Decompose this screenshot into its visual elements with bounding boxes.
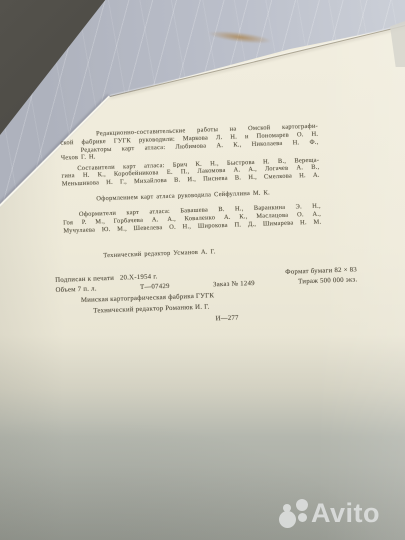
- colophon-paragraph: Оформители карт атласа: Бавашева В. Н., …: [63, 203, 322, 235]
- colophon-paragraph: Оформлением карт атласа руководила Сейфу…: [62, 187, 320, 204]
- text-line: Технический редактор Усманов А. Г.: [64, 245, 322, 262]
- imprint-cell: Тираж 500 000 экз.: [298, 276, 358, 288]
- colophon-paragraph: Технический редактор Усманов А. Г.: [64, 245, 322, 262]
- avito-logo-dot: [279, 511, 296, 528]
- avito-watermark: Avito: [277, 496, 397, 534]
- text-line: Оформлением карт атласа руководила Сейфу…: [62, 187, 320, 204]
- avito-logo-dot: [298, 513, 307, 522]
- avito-logo-dot: [296, 499, 308, 511]
- colophon-text-block: Редакционно-составительские работы на Ом…: [50, 121, 369, 330]
- photo-of-book-page: Редакционно-составительские работы на Ом…: [0, 0, 405, 540]
- imprint-cell: Заказ № 1249: [213, 279, 255, 291]
- avito-wordmark: Avito: [311, 498, 380, 529]
- imprint-cell: Т—07429: [140, 282, 170, 293]
- imprint-block: Подписан к печати 20.X-1954 г. Формат бу…: [55, 266, 359, 331]
